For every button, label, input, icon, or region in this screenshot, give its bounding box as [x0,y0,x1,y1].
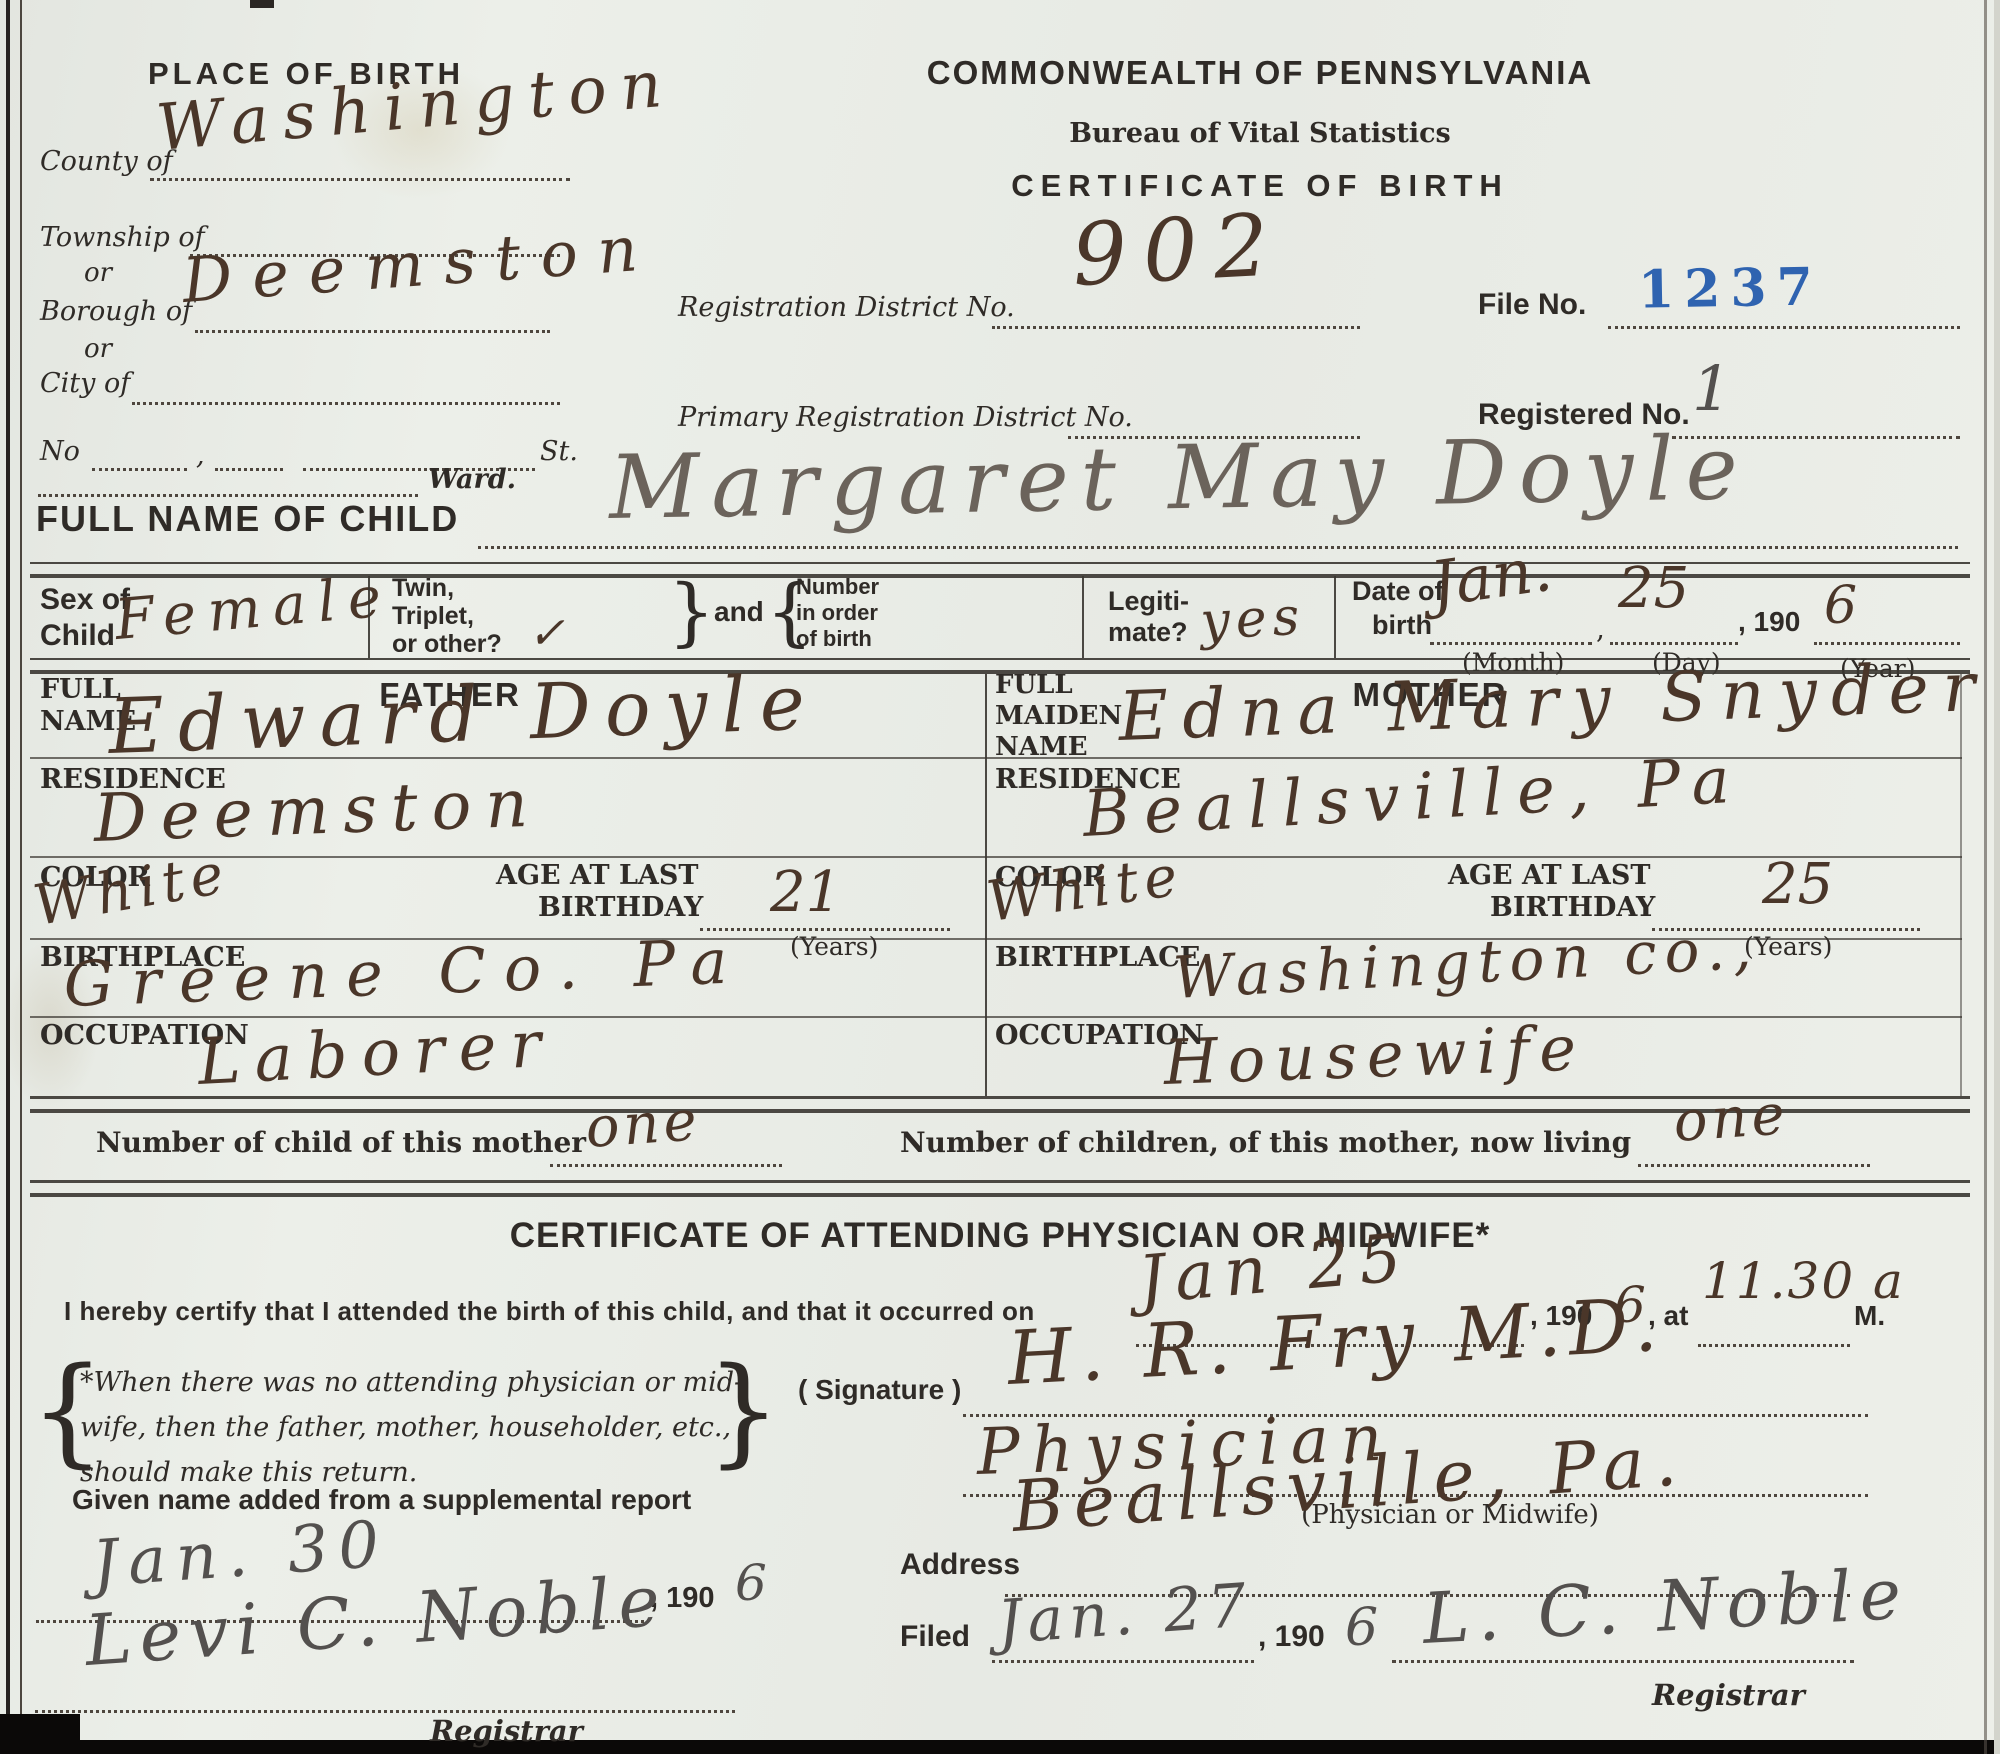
mother-name-label: FULL MAIDEN NAME [995,670,1122,763]
filed-date-line [992,1660,1254,1663]
footnote-text: *When there was no attending physician o… [80,1360,743,1495]
registered-no-value: 1 [1692,352,1731,425]
mother-age-label-line-2: BIRTHDAY [1490,892,1655,923]
divider-order-legit [1082,576,1084,658]
file-no-stamp: 1237 [1637,256,1823,320]
street-no-line-b [215,468,283,471]
address-label: Address [900,1548,1020,1582]
borough-label: Borough of [40,296,192,327]
father-residence-value: Deemston [92,764,543,857]
dob-day-value: 25 [1618,556,1689,621]
supplemental-year-value: 6 [735,1554,767,1612]
father-age-value: 21 [770,860,841,925]
child-name-line [478,546,1958,549]
street-label: St. [540,436,578,467]
mother-birthplace-label: BIRTHPLACE [995,942,1200,973]
occurred-m-label: M. [1854,1300,1885,1332]
dob-month-value: Jan. [1426,532,1556,621]
child-name-value: Margaret May Doyle [608,416,1750,539]
order-label: Number in order of birth [796,574,879,652]
child-count-label: Number of child of this mother [96,1126,586,1159]
mother-residence-value: Beallsville, Pa [1081,743,1745,852]
file-no-label: File No. [1478,288,1586,322]
filed-label: Filed [900,1620,970,1654]
right-edge-line [1984,0,1987,1754]
divider-sex-twin [368,576,370,658]
and-label: and [714,596,764,628]
city-line [132,402,560,405]
dob-year-prefix: , 190 [1738,606,1800,638]
divider-legit-dob [1334,576,1336,658]
order-label-line-2: in order [796,600,879,626]
father-occupation-value: Laborer [196,1007,557,1100]
or-label-1: or [84,258,112,288]
county-label: County of [40,146,173,177]
borough-value: Deemston [180,211,660,317]
dob-year-value: 6 [1824,576,1857,636]
order-label-line-3: of birth [796,626,879,652]
top-edge-mark [250,0,274,8]
certify-statement: I hereby certify that I attended the bir… [64,1296,1035,1327]
street-no-comma: , [196,440,205,471]
binding-edge-line-outer [6,0,10,1754]
legitimate-value: yes [1199,587,1307,652]
twin-checkmark: ✓ [528,608,565,659]
mother-age-value: 25 [1762,852,1833,917]
order-label-line-1: Number [796,574,879,600]
mother-name-value: Edna Mary Snyder [1117,648,1990,757]
dob-month-line [1430,642,1592,645]
or-label-2: or [84,334,112,364]
borough-line [195,330,550,333]
dob-year-line [1814,642,1960,645]
rule-residence-row [30,856,1962,858]
registration-district-label: Registration District No. [678,292,1015,323]
rule-birthplace-row [30,1016,1962,1018]
twin-label-line-2: Triplet, [392,602,502,630]
registration-district-line [992,326,1360,329]
county-line [150,178,570,181]
mother-age-label-line-1: AGE AT LAST [1448,860,1650,891]
filed-signature-line [1392,1660,1854,1663]
twin-label-line-3: or other? [392,630,502,658]
signature-label: ( Signature ) [798,1374,961,1406]
mother-occupation-value: Housewife [1162,1011,1587,1099]
filed-year-value: 6 [1345,1598,1378,1658]
twin-label-line-1: Twin, [392,574,502,602]
ward-label: Ward. [428,464,516,495]
legitimate-label-line-2: mate? [1108,617,1189,648]
dob-comma: , [1596,612,1605,645]
footnote-line-1: *When there was no attending physician o… [80,1360,743,1405]
street-no-label: No [40,436,80,467]
filed-date-value: Jan. 27 [995,1570,1254,1658]
footnote-line-2: wife, then the father, mother, household… [80,1405,743,1450]
bottom-left-corner [0,1714,80,1754]
father-name-value: Edward Doyle [107,657,820,771]
mother-birthplace-value: Washington co., [1171,913,1760,1012]
signature-value: H. R. Fry M.D. [1005,1282,1667,1402]
supplemental-signature-line [35,1710,735,1713]
supplemental-registrar-caption: Registrar [430,1714,583,1748]
twin-label: Twin, Triplet, or other? [392,574,502,658]
father-age-label-line-1: AGE AT LAST [496,860,698,891]
table-right-border [1960,674,1962,1096]
binding-edge-line-inner [20,0,22,1754]
mother-name-label-line-1: FULL [995,670,1122,701]
dob-day-line [1610,642,1738,645]
living-count-label: Number of children, of this mother, now … [900,1126,1631,1159]
filed-registrar-signature: L. C. Noble [1421,1553,1911,1660]
child-name-label: FULL NAME OF CHILD [36,498,459,540]
right-edge-sliver [1994,0,2000,1754]
birth-certificate-scan: PLACE OF BIRTH County of Washington Town… [0,0,2000,1754]
legitimate-label: Legiti- mate? [1108,586,1189,648]
bureau-subtitle: Bureau of Vital Statistics [880,118,1640,149]
mother-name-label-line-2: MAIDEN [995,701,1122,732]
child-count-value: one [583,1088,702,1161]
brace-right-glyph: } [668,570,715,654]
footnote-brace-right: } [706,1345,781,1475]
ward-line [38,494,418,497]
living-count-line [1638,1164,1870,1167]
father-years-caption: (Years) [790,932,878,961]
living-count-value: one [1671,1082,1790,1155]
street-no-line-a [92,468,187,471]
filed-registrar-caption: Registrar [1652,1678,1805,1712]
file-no-line [1608,326,1960,329]
city-label: City of [40,368,130,399]
mother-name-label-line-3: NAME [995,732,1122,763]
commonwealth-title: COMMONWEALTH OF PENNSYLVANIA [880,54,1640,92]
father-age-label-line-2: BIRTHDAY [538,892,703,923]
occurred-time-line [1698,1344,1850,1347]
dob-label-line-2: birth [1372,610,1432,641]
registration-district-value: 902 [1070,195,1287,306]
rule-counts-a [30,1180,1970,1183]
bottom-edge-bar [0,1740,2000,1754]
child-count-line [550,1164,782,1167]
physician-section-title: CERTIFICATE OF ATTENDING PHYSICIAN OR MI… [400,1216,1600,1256]
legitimate-label-line-1: Legiti- [1108,586,1189,617]
rule-counts-b [30,1193,1970,1197]
filed-year-prefix: , 190 [1258,1620,1325,1654]
